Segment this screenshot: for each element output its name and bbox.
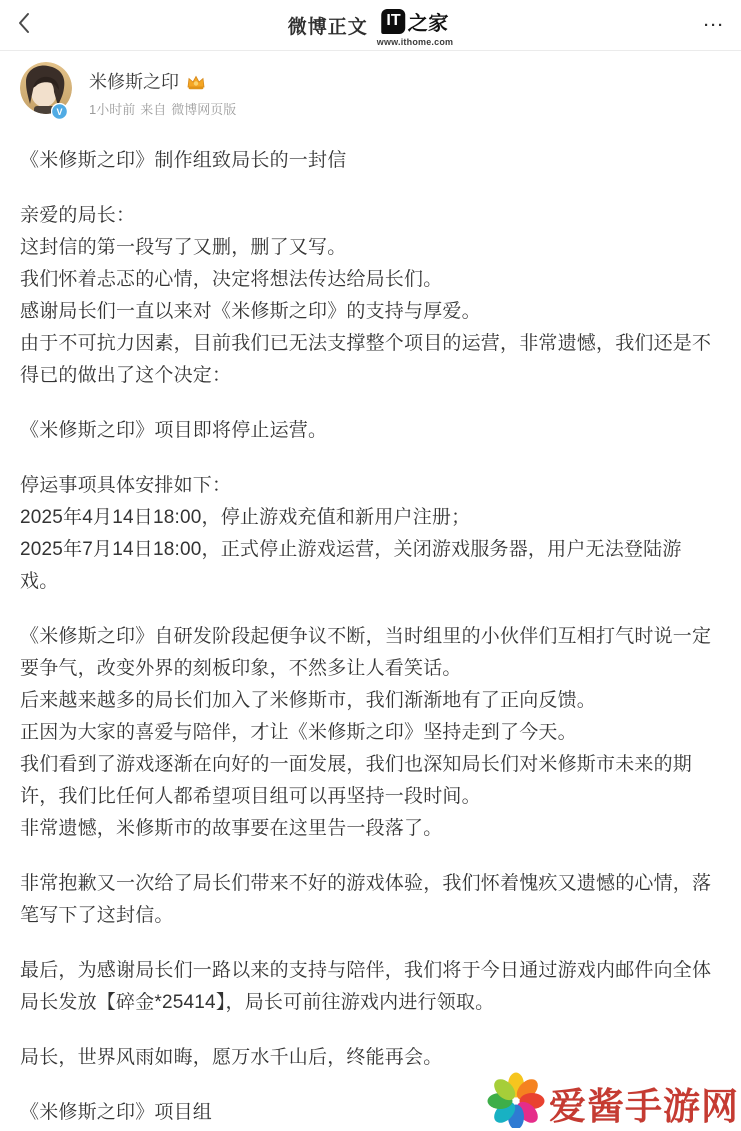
chevron-left-icon [16, 11, 32, 40]
post-body: 《米修斯之印》制作组致局长的一封信亲爱的局长： 这封信的第一段写了又删，删了又写… [0, 145, 741, 1129]
verified-letter: V [56, 107, 62, 117]
verified-badge-icon: V [51, 103, 68, 120]
title-group: 微博正文 IT 之家 www.ithome.com [288, 0, 454, 51]
site-watermark: 爱酱手游网 [483, 1072, 739, 1131]
post-paragraph: 停运事项具体安排如下： 2025年4月14日18:00，停止游戏充值和新用户注册… [20, 470, 717, 598]
ithome-it-icon: IT [381, 9, 405, 34]
ellipsis-icon: ··· [704, 17, 725, 34]
post-paragraph: 最后，为感谢局长们一路以来的支持与陪伴，我们将于今日通过游戏内邮件向全体局长发放… [20, 955, 717, 1019]
source-label: 来自 [140, 99, 166, 118]
author-info: 米修斯之印 1小时前 来自 微博网页版 [89, 62, 236, 118]
post-paragraph: 《米修斯之印》项目即将停止运营。 [20, 415, 717, 447]
pinwheel-flower-icon [487, 1072, 547, 1131]
watermark-site-name: 爱酱手游网 [549, 1076, 739, 1130]
more-button[interactable]: ··· [691, 8, 725, 42]
post-paragraph: 《米修斯之印》自研发阶段起便争议不断，当时组里的小伙伴们互相打气时说一定要争气，… [20, 621, 717, 845]
ithome-url: www.ithome.com [377, 37, 453, 47]
author-name[interactable]: 米修斯之印 [89, 68, 179, 94]
vip-crown-icon [186, 74, 206, 91]
post-time: 1小时前 [89, 99, 135, 118]
post-meta: 1小时前 来自 微博网页版 [89, 99, 236, 118]
back-button[interactable] [16, 8, 50, 42]
page-title: 微博正文 [288, 12, 368, 39]
post-paragraph: 局长，世界风雨如晦，愿万水千山后，终能再会。 [20, 1042, 717, 1074]
post-paragraph: 亲爱的局长： 这封信的第一段写了又删，删了又写。 我们怀着忐忑的心情，决定将想法… [20, 200, 717, 392]
post-source[interactable]: 微博网页版 [171, 99, 236, 118]
ithome-home-text: 之家 [408, 7, 450, 36]
post-paragraph: 《米修斯之印》制作组致局长的一封信 [20, 145, 717, 177]
post-paragraph: 非常抱歉又一次给了局长们带来不好的游戏体验，我们怀着愧疚又遗憾的心情，落笔写下了… [20, 868, 717, 932]
avatar[interactable]: V [20, 62, 72, 114]
ithome-logo: IT 之家 www.ithome.com [377, 7, 453, 47]
app-bar: 微博正文 IT 之家 www.ithome.com ··· [0, 0, 741, 51]
post-header: V 米修斯之印 1小时前 来自 微博网页版 [0, 51, 741, 118]
